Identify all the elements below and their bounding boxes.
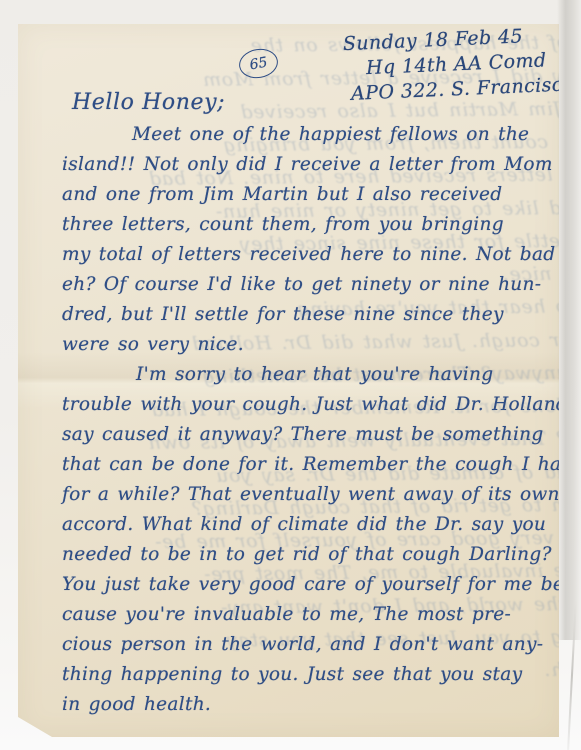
handwritten-line: that can be done for it. Remember the co… <box>62 450 549 480</box>
handwritten-line: I'm sorry to hear that you're having <box>62 360 549 390</box>
handwritten-line: for a while? That eventually went away o… <box>62 480 549 510</box>
handwritten-line: cious person in the world, and I don't w… <box>62 630 549 660</box>
page-number-value: 65 <box>248 54 268 73</box>
backing-sheet-crease <box>567 600 577 750</box>
handwritten-line: and one from Jim Martin but I also recei… <box>62 180 549 210</box>
scan-background: Meet one of the happiest fellows on thei… <box>0 0 581 750</box>
handwritten-line: thing happening to you. Just see that yo… <box>62 660 549 690</box>
handwritten-line: cause you're invaluable to me, The most … <box>62 600 549 630</box>
handwritten-line: Meet one of the happiest fellows on the <box>62 120 549 150</box>
handwritten-line: three letters, count them, from you brin… <box>62 210 549 240</box>
letter-page: Meet one of the happiest fellows on thei… <box>18 24 559 737</box>
letter-heading: Sunday 18 Feb 45 Hq 14th AA Comd APO 322… <box>342 24 559 107</box>
handwritten-line: were so very nice. <box>62 330 549 360</box>
letter-body: Meet one of the happiest fellows on thei… <box>62 120 549 720</box>
handwritten-line: in good health. <box>62 690 549 720</box>
handwritten-line: eh? Of course I'd like to get ninety or … <box>62 270 549 300</box>
handwritten-line: say caused it anyway? There must be some… <box>62 420 549 450</box>
handwritten-line: dred, but I'll settle for these nine sin… <box>62 300 549 330</box>
greeting: Hello Honey; <box>72 90 225 115</box>
handwritten-line: my total of letters received here to nin… <box>62 240 549 270</box>
handwritten-line: needed to be in to get rid of that cough… <box>62 540 549 570</box>
handwritten-line: island!! Not only did I receive a letter… <box>62 150 549 180</box>
handwritten-line: accord. What kind of climate did the Dr.… <box>62 510 549 540</box>
handwritten-line: You just take very good care of yourself… <box>62 570 549 600</box>
page-number-circled: 65 <box>237 46 280 81</box>
handwritten-line: trouble with your cough. Just what did D… <box>62 390 549 420</box>
